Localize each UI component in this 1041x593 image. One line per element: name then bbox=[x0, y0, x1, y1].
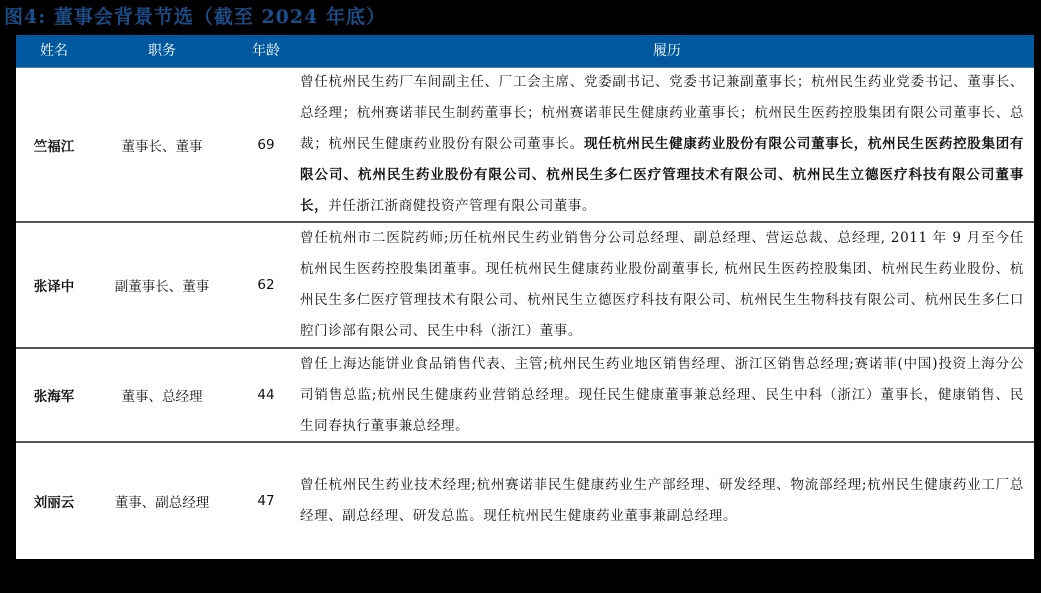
cell-position: 董事长、董事 bbox=[92, 135, 232, 155]
table-header: 姓名 职务 年龄 履历 bbox=[16, 35, 1034, 68]
cell-position: 董事、副总经理 bbox=[92, 491, 232, 511]
cell-resume: 曾任杭州民生药业技术经理;杭州赛诺菲民生健康药业生产部经理、研发经理、物流部经理… bbox=[300, 470, 1034, 532]
header-position: 职务 bbox=[92, 35, 232, 67]
cell-position: 副董事长、董事 bbox=[92, 275, 232, 295]
cell-age: 47 bbox=[232, 493, 300, 509]
cell-name: 张译中 bbox=[16, 275, 92, 295]
cell-resume: 曾任上海达能饼业食品销售代表、主管;杭州民生药业地区销售经理、浙江区销售总经理;… bbox=[300, 349, 1034, 442]
table-row: 竺福江 董事长、董事 69 曾任杭州民生药厂车间副主任、厂工会主席、党委副书记、… bbox=[16, 68, 1034, 223]
table-row: 张译中 副董事长、董事 62 曾任杭州市二医院药师;历任杭州民生药业销售分公司总… bbox=[16, 223, 1034, 349]
cell-name: 张海军 bbox=[16, 385, 92, 405]
cell-resume: 曾任杭州民生药厂车间副主任、厂工会主席、党委副书记、党委书记兼副董事长；杭州民生… bbox=[300, 67, 1034, 222]
table-row: 刘丽云 董事、副总经理 47 曾任杭州民生药业技术经理;杭州赛诺菲民生健康药业生… bbox=[16, 443, 1034, 559]
cell-position: 董事、总经理 bbox=[92, 385, 232, 405]
cell-name: 刘丽云 bbox=[16, 491, 92, 511]
header-age: 年龄 bbox=[232, 35, 300, 67]
board-background-table: 姓名 职务 年龄 履历 竺福江 董事长、董事 69 曾任杭州民生药厂车间副主任、… bbox=[16, 35, 1034, 559]
cell-name: 竺福江 bbox=[16, 135, 92, 155]
table-row: 张海军 董事、总经理 44 曾任上海达能饼业食品销售代表、主管;杭州民生药业地区… bbox=[16, 349, 1034, 443]
header-name: 姓名 bbox=[16, 35, 92, 67]
cell-age: 62 bbox=[232, 277, 300, 293]
cell-resume: 曾任杭州市二医院药师;历任杭州民生药业销售分公司总经理、副总经理、营运总裁、总经… bbox=[300, 223, 1034, 347]
cell-age: 69 bbox=[232, 137, 300, 153]
figure-title: 图4: 董事会背景节选（截至 2024 年底） bbox=[4, 4, 386, 30]
header-resume: 履历 bbox=[300, 35, 1034, 67]
resume-text-tail: 并任浙江浙商健投资产管理有限公司董事。 bbox=[328, 198, 596, 214]
cell-age: 44 bbox=[232, 387, 300, 403]
